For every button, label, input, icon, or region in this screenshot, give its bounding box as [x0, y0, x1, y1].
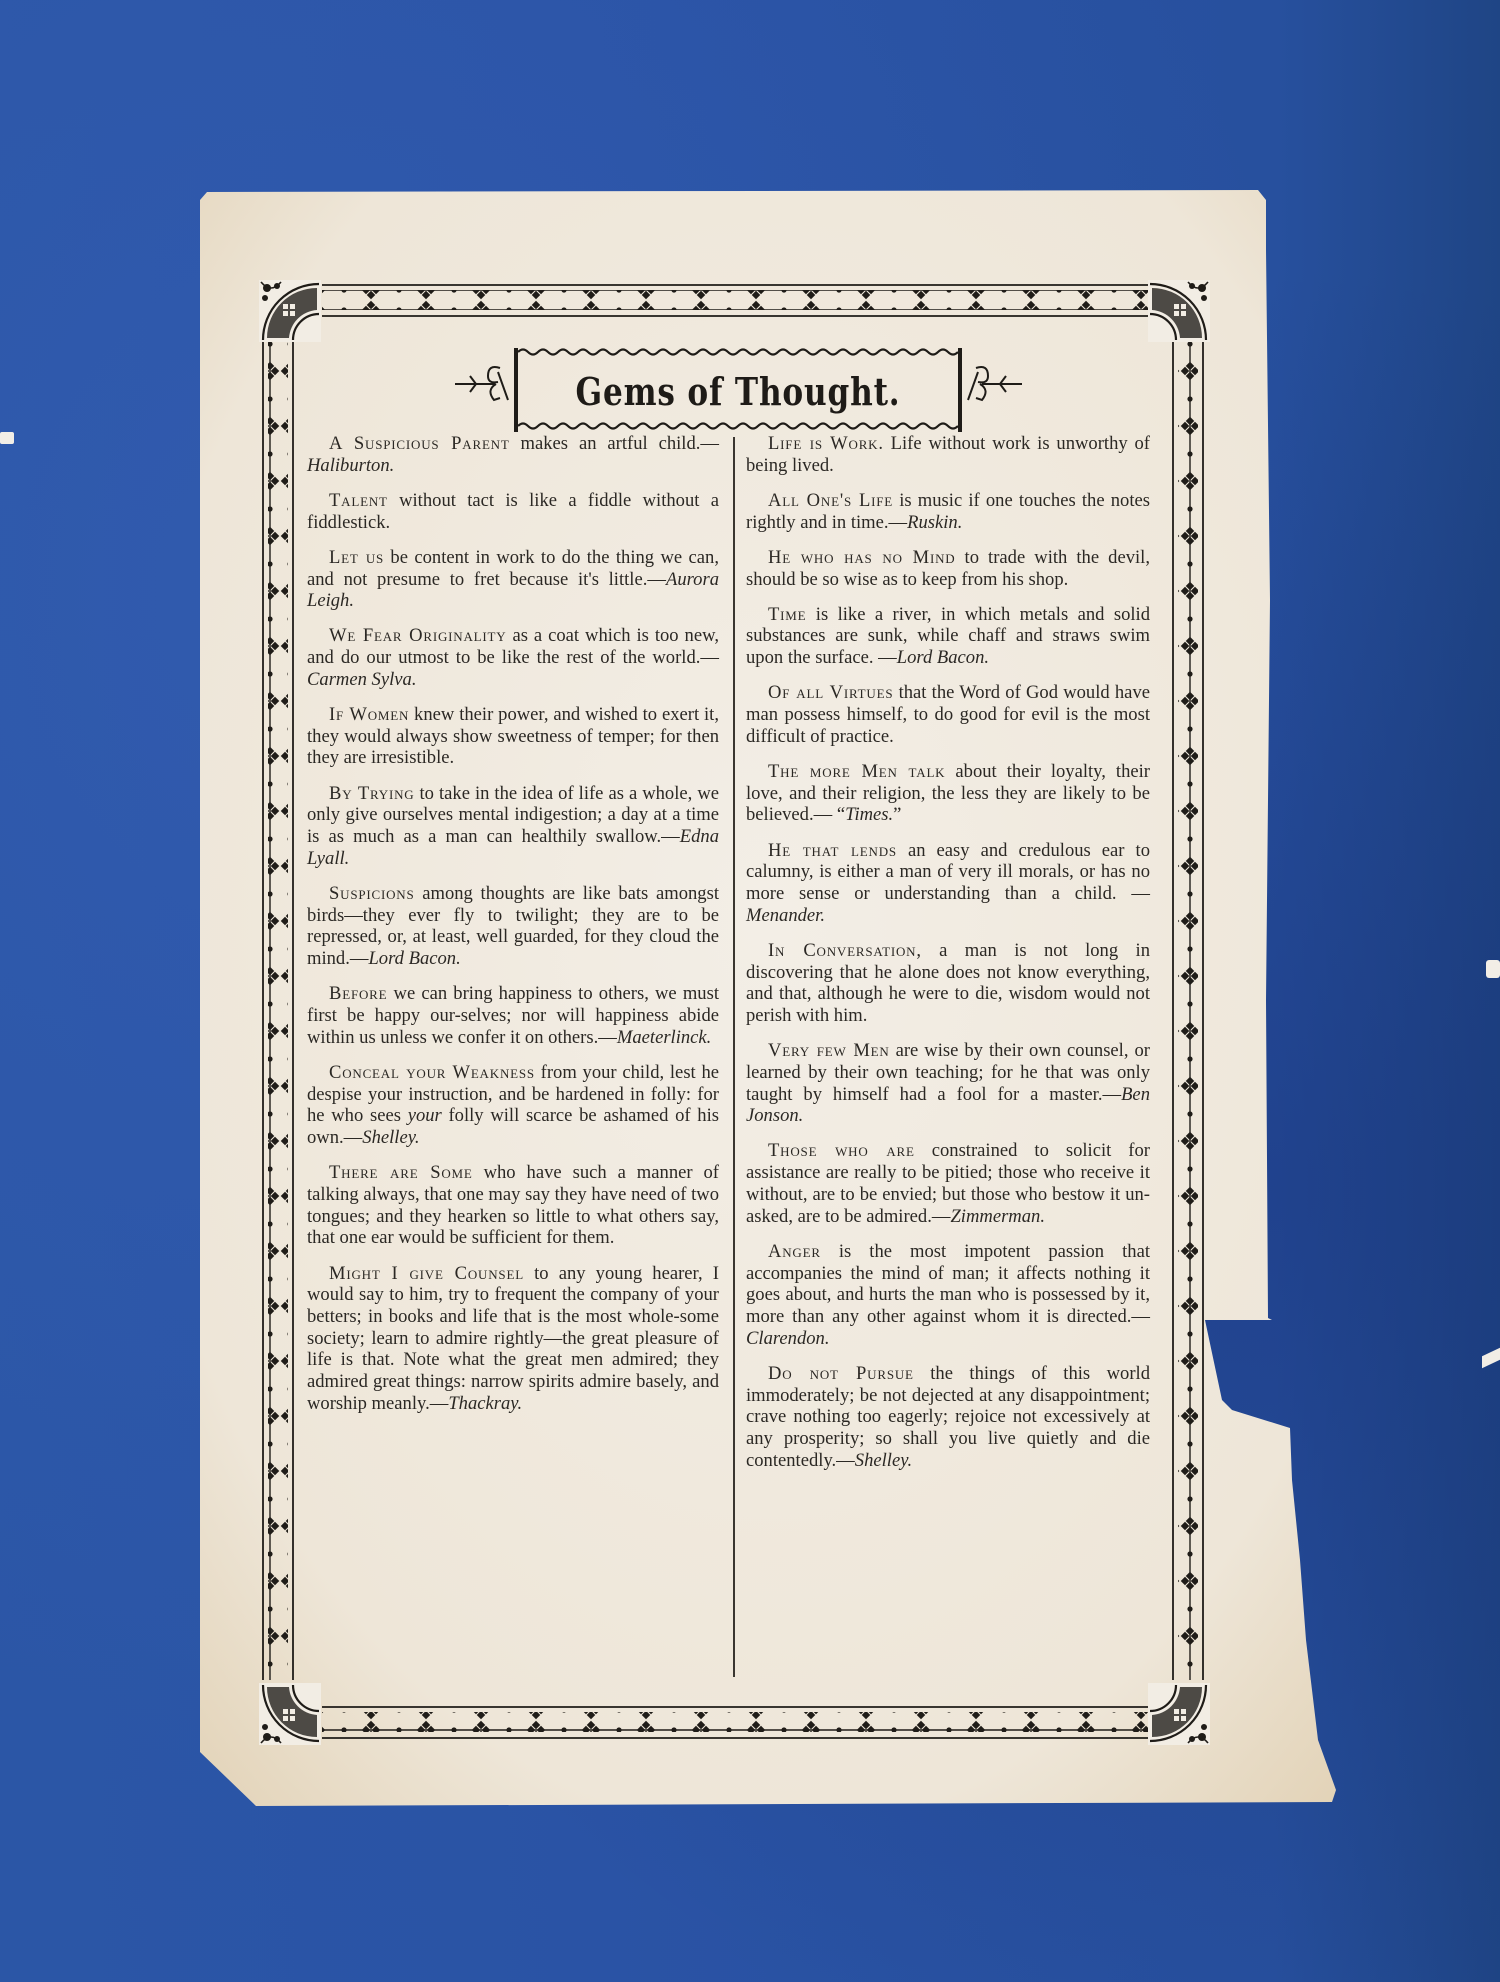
quote-lead: Of all Virtues — [768, 682, 893, 703]
quote-lead: There are Some — [329, 1162, 473, 1183]
quote: Anger is the most impotent passion that … — [746, 1241, 1150, 1350]
quote: The more Men talk about their loyalty, t… — [746, 761, 1150, 826]
quote-author: Shelley. — [855, 1450, 912, 1471]
quote-lead: If Women — [329, 704, 409, 725]
title-flourish-left — [455, 367, 508, 400]
title-flourish-right — [968, 367, 1022, 400]
quote-author: Clarendon. — [746, 1328, 830, 1349]
quote-author: Menander. — [746, 905, 825, 926]
page-title: Gems of Thought. — [554, 352, 921, 430]
quote-lead: Life is Work. — [768, 433, 884, 454]
quote-lead: Conceal your Weakness — [329, 1062, 535, 1083]
quote-lead: Do not Pursue — [768, 1363, 914, 1384]
quote-author: Thackray. — [448, 1393, 522, 1414]
quote-lead: He that lends — [768, 840, 897, 861]
quote: He who has no Mind to trade with the dev… — [746, 547, 1150, 590]
quote: Let us be content in work to do the thin… — [307, 547, 719, 612]
quote-author: Zimmerman. — [950, 1206, 1045, 1227]
right-column: Life is Work. Life without work is unwor… — [746, 433, 1150, 1485]
quote: Conceal your Weakness from your child, l… — [307, 1062, 719, 1149]
corner-ornament-top-right — [1148, 280, 1210, 342]
corner-ornament-bottom-right — [1148, 1683, 1210, 1745]
quote-lead: In Conversation, — [768, 940, 922, 961]
quote-author: Maeterlinck. — [617, 1027, 711, 1048]
quote: There are Some who have such a manner of… — [307, 1162, 719, 1249]
quote-lead: Those who are — [768, 1140, 915, 1161]
quote: Time is like a river, in which metals an… — [746, 604, 1150, 669]
quote-body: makes an artful child.— — [510, 433, 719, 454]
quote: He that lends an easy and credulous ear … — [746, 840, 1150, 927]
quote-lead: A Suspicious Parent — [329, 433, 510, 454]
quote-lead: Let us — [329, 547, 384, 568]
quote: Very few Men are wise by their own couns… — [746, 1040, 1150, 1127]
quote-lead: Might I give Counsel — [329, 1263, 524, 1284]
quote: Life is Work. Life without work is unwor… — [746, 433, 1150, 476]
quote: Might I give Counsel to any young hearer… — [307, 1263, 719, 1415]
quote: Those who are constrained to solicit for… — [746, 1140, 1150, 1227]
column-divider — [733, 437, 735, 1677]
quote: Do not Pursue the things of this world i… — [746, 1363, 1150, 1472]
quote-emphasis: your — [408, 1105, 442, 1126]
quote-lead: Before — [329, 983, 387, 1004]
quote-lead: Anger — [768, 1241, 821, 1262]
quote-lead: Very few Men — [768, 1040, 890, 1061]
quote: If Women knew their power, and wished to… — [307, 704, 719, 769]
quote-lead: By Trying — [329, 783, 414, 804]
quote-author: Haliburton. — [307, 455, 394, 476]
quote-lead: We Fear Originality — [329, 625, 506, 646]
quote-lead: He who has no Mind — [768, 547, 955, 568]
quote-author: Carmen Sylva. — [307, 669, 416, 690]
quote: We Fear Originality as a coat which is t… — [307, 625, 719, 690]
quote-lead: Talent — [329, 490, 388, 511]
corner-ornament-top-left — [259, 280, 321, 342]
quote-tail: ” — [893, 804, 901, 825]
quote-author: Ruskin. — [907, 512, 962, 533]
quote-author: Lord Bacon. — [368, 948, 460, 969]
quote-lead: Time — [768, 604, 806, 625]
quote-lead: All One's Life — [768, 490, 893, 511]
corner-ornament-bottom-left — [259, 1683, 321, 1745]
left-column: A Suspicious Parent makes an artful chil… — [307, 433, 719, 1428]
quote: All One's Life is music if one touches t… — [746, 490, 1150, 533]
quote-author: Lord Bacon. — [897, 647, 989, 668]
quote: A Suspicious Parent makes an artful chil… — [307, 433, 719, 476]
quote: Before we can bring happiness to others,… — [307, 983, 719, 1048]
quote-body: to any young hearer, I would say to him,… — [307, 1263, 719, 1414]
quote: By Trying to take in the idea of life as… — [307, 783, 719, 870]
quote: Of all Virtues that the Word of God woul… — [746, 682, 1150, 747]
quote-author: Times. — [845, 804, 893, 825]
quote: Talent without tact is like a fiddle wit… — [307, 490, 719, 533]
quote-lead: The more Men talk — [768, 761, 945, 782]
quote: Suspicions among thoughts are like bats … — [307, 883, 719, 970]
quote-lead: Suspicions — [329, 883, 415, 904]
quote: In Conversation, a man is not long in di… — [746, 940, 1150, 1027]
quote-author: Shelley. — [362, 1127, 419, 1148]
